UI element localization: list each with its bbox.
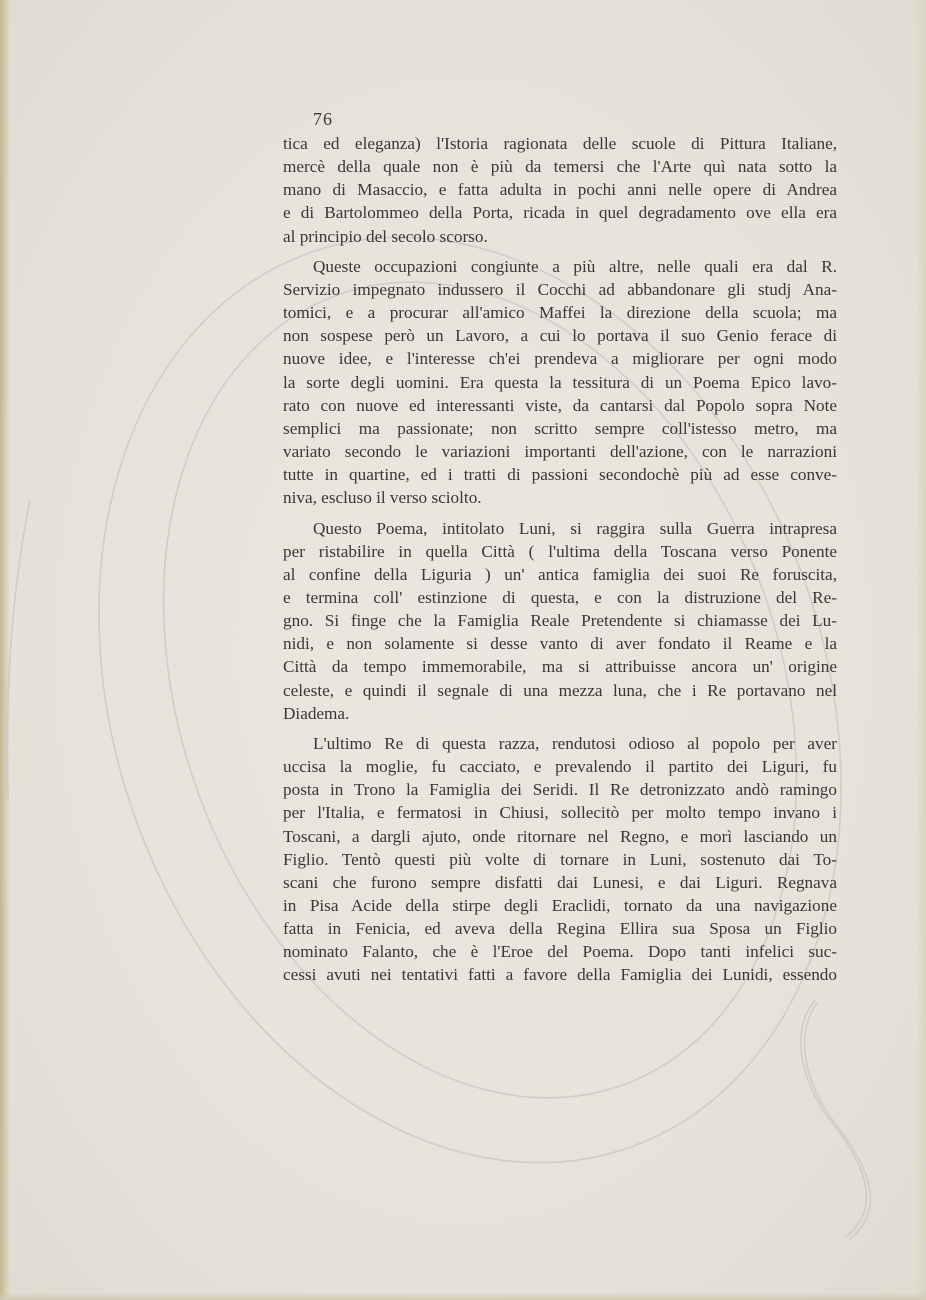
text-line: niva, escluso il verso sciolto. [283,486,837,509]
text-line: L'ultimo Re di questa razza, rendutosi o… [283,732,837,755]
text-line: Toscani, a dargli ajuto, onde ritornare … [283,825,837,848]
text-line: rato con nuove ed interessanti viste, da… [283,394,837,417]
paragraph-3: Questo Poema, intitolato Luni, si raggir… [283,517,837,725]
text-line: nominato Falanto, che è l'Eroe del Poema… [283,940,837,963]
text-line: al principio del secolo scorso. [283,225,837,248]
text-line: in Pisa Acide della stirpe degli Eraclid… [283,894,837,917]
text-line: tutte in quartine, ed i tratti di passio… [283,463,837,486]
paragraph-2: Queste occupazioni congiunte a più altre… [283,255,837,510]
text-line: mercè della quale non è più da temersi c… [283,155,837,178]
text-line: per l'Italia, e fermatosi in Chiusi, sol… [283,801,837,824]
book-page: 76 tica ed eleganza) l'Istoria ragionata… [0,0,926,1300]
text-line: mano di Masaccio, e fatta adulta in poch… [283,178,837,201]
text-line: uccisa la moglie, fu cacciato, e prevale… [283,755,837,778]
page-text: 76 tica ed eleganza) l'Istoria ragionata… [283,108,837,994]
text-line: Diadema. [283,702,837,725]
text-line: Queste occupazioni congiunte a più altre… [283,255,837,278]
text-line: la sorte degli uomini. Era questa la tes… [283,371,837,394]
text-line: posta in Trono la Famiglia dei Seridi. I… [283,778,837,801]
paragraph-4: L'ultimo Re di questa razza, rendutosi o… [283,732,837,987]
text-line: celeste, e quindi il segnale di una mezz… [283,679,837,702]
text-line: variato secondo le variazioni importanti… [283,440,837,463]
page-right-edge [916,0,926,1300]
text-line: Servizio impegnato indussero il Cocchi a… [283,278,837,301]
text-line: al confine della Liguria ) un' antica fa… [283,563,837,586]
text-line: tica ed eleganza) l'Istoria ragionata de… [283,132,837,155]
text-line: fatta in Fenicia, ed aveva della Regina … [283,917,837,940]
text-line: nuove idee, e l'interesse ch'ei prendeva… [283,347,837,370]
text-line: Città da tempo immemorabile, ma si attri… [283,655,837,678]
text-line: nidi, e non solamente si desse vanto di … [283,632,837,655]
text-line: semplici ma passionate; non scritto semp… [283,417,837,440]
text-line: scani che furono sempre disfatti dai Lun… [283,871,837,894]
page-bottom-edge [0,1292,926,1300]
text-line: Figlio. Tentò questi più volte di tornar… [283,848,837,871]
page-left-edge [0,0,10,1300]
text-line: tomici, e a procurar all'amico Maffei la… [283,301,837,324]
text-line: Questo Poema, intitolato Luni, si raggir… [283,517,837,540]
text-line: e di Bartolommeo della Porta, ricada in … [283,201,837,224]
text-line: per ristabilire in quella Città ( l'ulti… [283,540,837,563]
text-line: e termina coll' estinzione di questa, e … [283,586,837,609]
text-line: cessi avuti nei tentativi fatti a favore… [283,963,837,986]
page-number: 76 [313,108,837,130]
text-line: non sospese però un Lavoro, a cui lo por… [283,324,837,347]
text-line: gno. Si finge che la Famiglia Reale Pret… [283,609,837,632]
paragraph-1: tica ed eleganza) l'Istoria ragionata de… [283,132,837,248]
